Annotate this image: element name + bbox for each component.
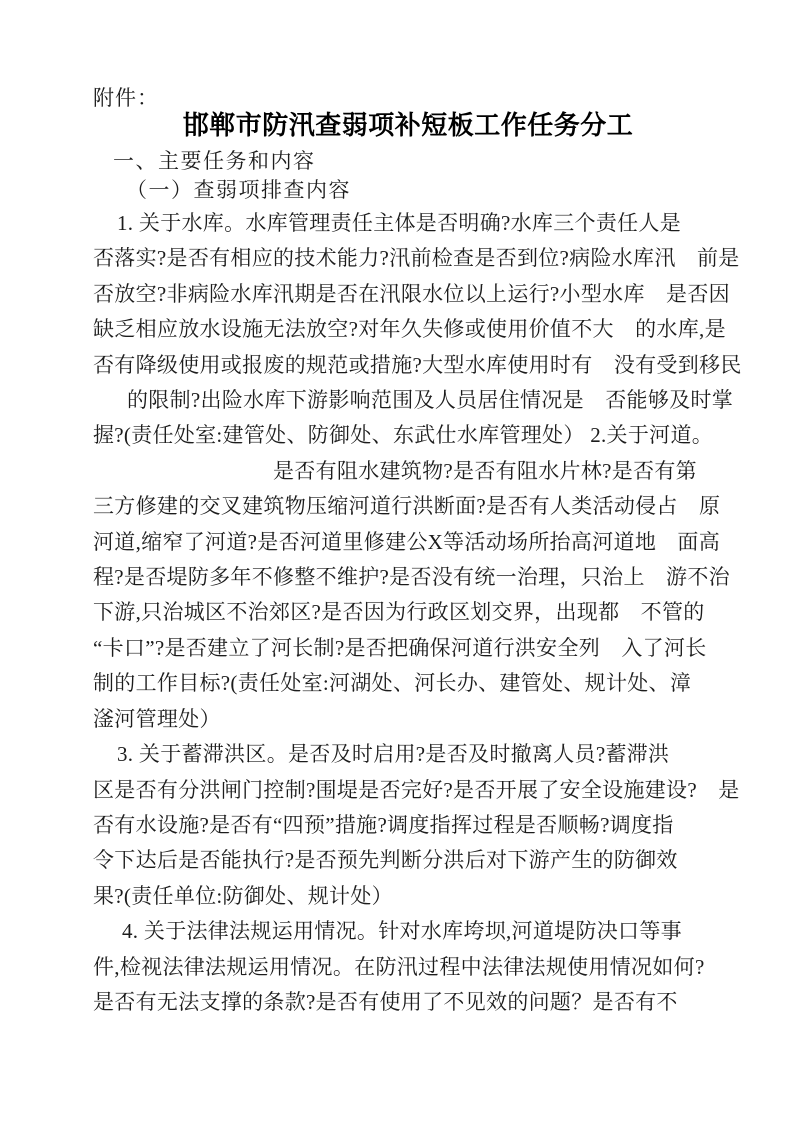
text-line: 1. 关于水库。水库管理责任主体是否明确?水库三个责任人是 [93,206,753,241]
text-line: 的限制?出险水库下游影响范围及人员居住情况是 否能够及时掌 [93,383,753,418]
text-line: 制的工作目标?(责任处室:河湖处、河长办、建管处、规计处、漳 [93,666,753,701]
text-line: 区是否有分洪闸门控制?围堤是否完好?是否开展了安全设施建设? 是 [93,773,753,808]
section-heading: 一、主要任务和内容 [113,145,316,175]
text-line: 否有水设施?是否有“四预”措施?调度指挥过程是否顺畅?调度指 [93,808,753,843]
text-line: 4. 关于法律法规运用情况。针对水库垮坝,河道堤防决口等事 [93,914,753,949]
text-line: 否有降级使用或报废的规范或措施?大型水库使用时有 没有受到移民 [93,348,753,383]
text-line: 否放空?非病险水库汛期是否在汛限水位以上运行?小型水库 是否因 [93,277,753,312]
document-title: 邯郸市防汛查弱项补短板工作任务分工 [93,105,723,142]
text-line: 3. 关于蓄滞洪区。是否及时启用?是否及时撤离人员?蓄滞洪 [93,737,753,772]
text-line: 滏河管理处） [93,702,753,737]
text-line: 件,检视法律法规运用情况。在防汛过程中法律法规使用情况如何? [93,950,753,985]
text-line: 否落实?是否有相应的技术能力?汛前检查是否到位?病险水库汛 前是 [93,241,753,276]
text-line: 果?(责任单位:防御处、规计处） [93,879,753,914]
document-body: 1. 关于水库。水库管理责任主体是否明确?水库三个责任人是否落实?是否有相应的技… [93,206,753,1020]
text-line: 令下达后是否能执行?是否预先判断分洪后对下游产生的防御效 [93,843,753,878]
document-page: 附件： 邯郸市防汛查弱项补短板工作任务分工 一、主要任务和内容 （一）查弱项排查… [0,0,794,1122]
text-line: “卡口”?是否建立了河长制?是否把确保河道行洪安全列 入了河长 [93,631,753,666]
text-line: 缺乏相应放水设施无法放空?对年久失修或使用价值不大 的水库,是 [93,312,753,347]
text-line: 下游,只治城区不治郊区?是否因为行政区划交界，出现都 不管的 [93,595,753,630]
text-line: 是否有无法支撑的条款?是否有使用了不见效的问题？是否有不 [93,985,753,1020]
text-line: 三方修建的交叉建筑物压缩河道行洪断面?是否有人类活动侵占 原 [93,489,753,524]
text-line: 是否有阻水建筑物?是否有阻水片林?是否有第 [93,454,753,489]
subsection-heading: （一）查弱项排查内容 [126,174,351,204]
text-line: 握?(责任处室:建管处、防御处、东武仕水库管理处） 2.关于河道。 [93,418,753,453]
text-line: 程?是否堤防多年不修整不维护?是否没有统一治理，只治上 游不治 [93,560,753,595]
text-line: 河道,缩窄了河道?是否河道里修建公X等活动场所抬高河道地 面高 [93,525,753,560]
